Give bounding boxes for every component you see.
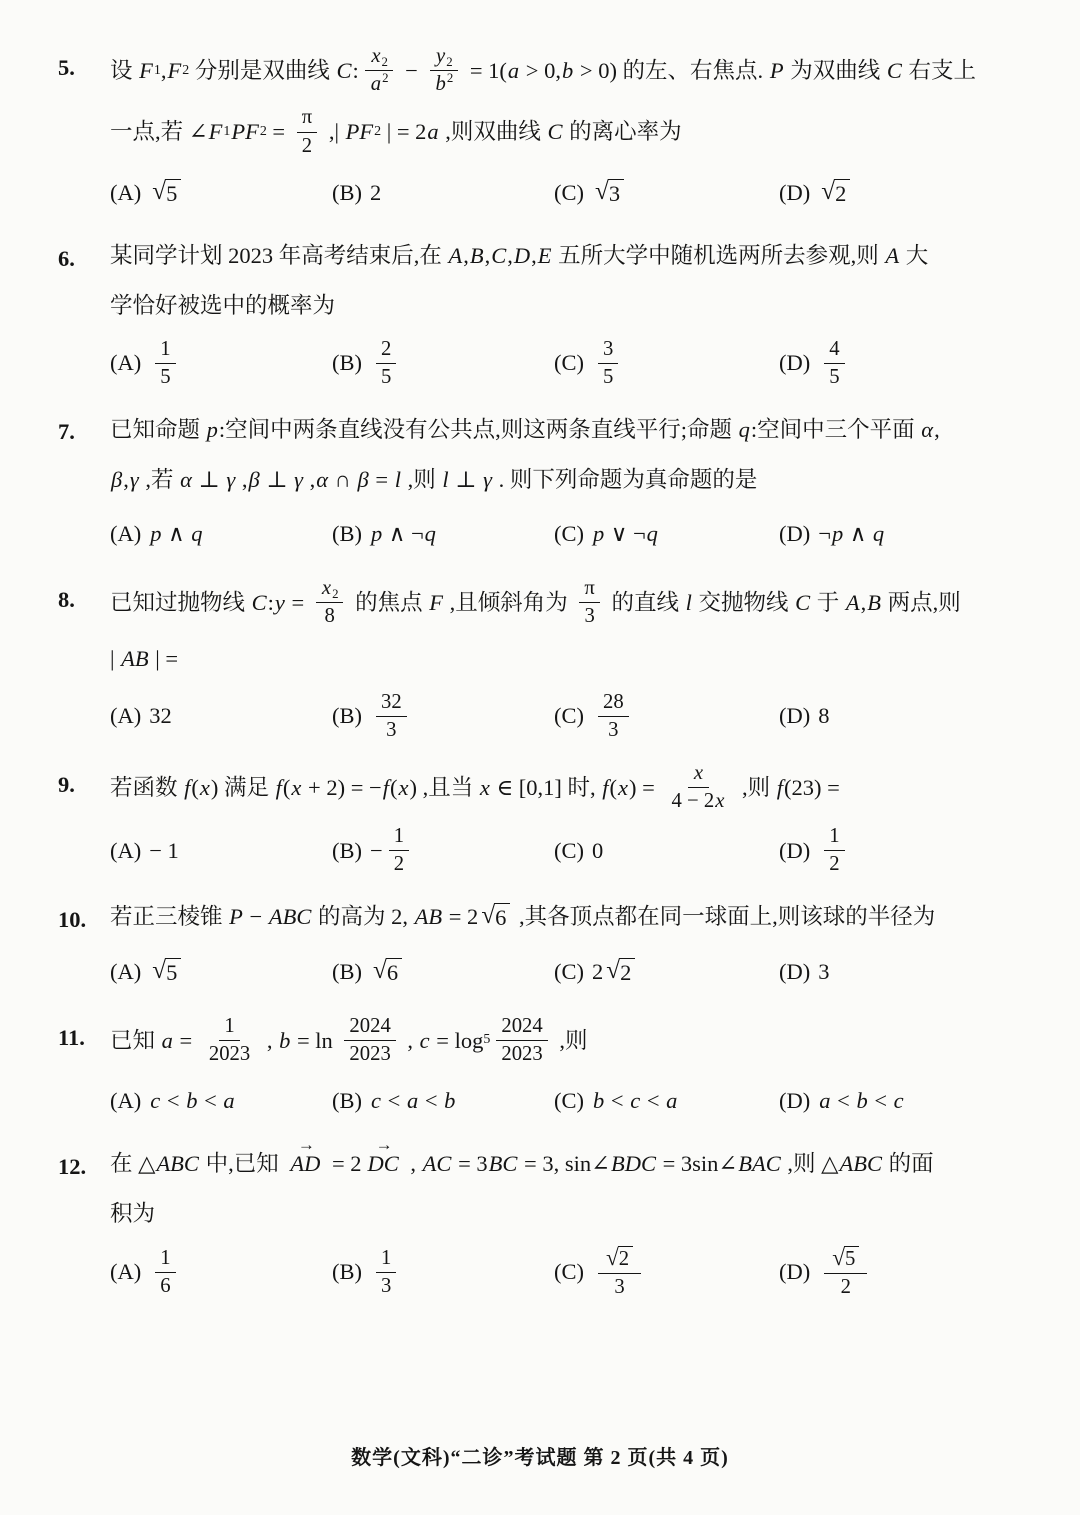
- text-segment: 5: [603, 366, 613, 389]
- math-variable: P: [228, 902, 244, 931]
- math-variable: a: [507, 56, 520, 85]
- option-label: (C): [554, 703, 584, 729]
- fraction: 25: [376, 338, 396, 389]
- radicand: 6: [386, 958, 402, 985]
- text-segment: 1: [381, 1247, 391, 1270]
- option-6B: (B)25: [332, 335, 554, 392]
- math-variable: f: [183, 773, 191, 802]
- text-segment: ,|: [323, 117, 344, 146]
- math-variable: q: [424, 521, 437, 547]
- math-variable: β: [110, 465, 123, 494]
- text-segment: ) 满足: [211, 773, 275, 802]
- math-variable: q: [738, 415, 751, 444]
- fraction-denominator: 2: [297, 133, 317, 158]
- question-line: 积为: [110, 1191, 1040, 1237]
- fraction-denominator: 2: [824, 851, 844, 876]
- math-variable: q: [190, 521, 203, 547]
- fraction-numerator: π: [579, 577, 599, 603]
- text-segment: 2: [592, 959, 603, 985]
- fraction-denominator: 2023: [496, 1041, 547, 1066]
- square-root: √6: [481, 903, 510, 930]
- text-segment: ,则: [554, 1026, 588, 1055]
- fraction: x28: [316, 577, 344, 628]
- radical-sign: √: [606, 958, 620, 984]
- fraction: 12: [389, 825, 409, 876]
- option-12B: (B)13: [332, 1244, 554, 1301]
- math-variable: C: [251, 588, 268, 617]
- question-8: 8.已知过抛物线 C:y = x28 的焦点 F ,且倾斜角为 π3 的直线 l…: [0, 574, 1080, 745]
- math-variable: f: [382, 773, 390, 802]
- option-content: c < a < b: [370, 1088, 456, 1114]
- option-12C: (C)√23: [554, 1243, 779, 1302]
- text-segment: . 则下列命题为真命题的是: [493, 465, 757, 494]
- fraction-denominator: 5: [598, 364, 618, 389]
- fraction-denominator: 5: [376, 364, 396, 389]
- option-6C: (C)35: [554, 335, 779, 392]
- math-variable: B: [469, 241, 485, 270]
- text-segment: = ln: [291, 1026, 338, 1055]
- text-segment: ⊥: [261, 465, 293, 494]
- radical-sign: √: [595, 179, 609, 205]
- math-variable: P: [769, 56, 785, 85]
- option-label: (B): [332, 521, 362, 547]
- fraction-numerator: y2: [430, 45, 458, 71]
- question-12: 12.在 △ABC 中,已知 AD = 2DC , AC = 3BC = 3, …: [0, 1141, 1080, 1302]
- math-variable: x: [370, 45, 381, 68]
- fraction-numerator: 2: [376, 338, 396, 364]
- question-number: 7.: [58, 419, 100, 445]
- fraction-numerator: 4: [824, 338, 844, 364]
- fraction: 283: [598, 691, 629, 742]
- math-variable: F: [166, 56, 182, 85]
- option-row: (A)p ∧ q(B)p ∧ ¬q(C)p ∨ ¬q(D)¬p ∧ q: [110, 508, 1040, 560]
- text-segment: =: [267, 117, 291, 146]
- option-content: b < c < a: [592, 1088, 678, 1114]
- square-root: √3: [595, 179, 624, 206]
- fraction-numerator: 3: [598, 338, 618, 364]
- text-segment: ,且倾斜角为: [444, 588, 573, 617]
- text-segment: 在 △: [110, 1149, 155, 1178]
- text-segment: 于: [811, 588, 845, 617]
- option-content: √5: [149, 179, 184, 206]
- math-variable: p: [206, 415, 219, 444]
- radicand: 2: [618, 1246, 633, 1271]
- fraction-numerator: 1: [155, 1247, 175, 1273]
- question-line: | AB | =: [110, 636, 1040, 682]
- option-label: (D): [779, 703, 810, 729]
- text-segment: 2023: [349, 1043, 390, 1066]
- text-segment: ) ,且当: [410, 773, 479, 802]
- text-segment: 4: [829, 338, 839, 361]
- text-segment: ∈ [0,1] 时,: [491, 773, 601, 802]
- math-variable: B: [866, 588, 882, 617]
- option-label: (B): [332, 180, 362, 206]
- fraction-numerator: x2: [365, 45, 393, 71]
- option-6D: (D)45: [779, 335, 1040, 392]
- fraction-numerator: √5: [824, 1246, 867, 1274]
- question-number: 11.: [58, 1025, 100, 1051]
- question-list: 5.设 F1,F2 分别是双曲线 C:x2a2 − y2b2 = 1(a > 0…: [0, 42, 1080, 1316]
- text-segment: 5: [381, 366, 391, 389]
- math-variable: x: [479, 773, 491, 802]
- math-variable: α: [179, 465, 193, 494]
- option-label: (A): [110, 703, 141, 729]
- fraction: 20242023: [496, 1015, 547, 1066]
- math-variable: γ: [129, 465, 140, 494]
- superscript: 2: [447, 73, 453, 96]
- math-variable: a: [370, 73, 382, 96]
- option-content: √2: [818, 179, 853, 206]
- text-segment: > 0) 的左、右焦点.: [574, 56, 769, 85]
- question-number: 10.: [58, 907, 100, 933]
- math-variable: AB: [414, 902, 444, 931]
- option-10A: (A)√5: [110, 958, 332, 985]
- radical-sign: √: [373, 958, 387, 984]
- fraction: 13: [376, 1247, 396, 1298]
- math-variable: AC: [422, 1149, 453, 1178]
- option-8C: (C)283: [554, 688, 779, 745]
- text-segment: 学恰好被选中的概率为: [110, 291, 335, 320]
- text-segment: 5: [829, 366, 839, 389]
- text-segment: 已知过抛物线: [110, 588, 251, 617]
- option-content: 8: [818, 703, 829, 729]
- option-label: (B): [332, 350, 362, 376]
- text-segment: 两点,则: [882, 588, 961, 617]
- math-variable: A: [845, 588, 861, 617]
- text-segment: :空间中两条直线没有公共点,则这两条直线平行;命题: [219, 415, 738, 444]
- option-content: 3: [818, 959, 829, 985]
- fraction-denominator: 2: [389, 851, 409, 876]
- square-root: √5: [152, 958, 181, 985]
- question-7: 7.已知命题 p:空间中两条直线没有公共点,则这两条直线平行;命题 q:空间中三…: [0, 406, 1080, 560]
- text-segment: 大: [900, 241, 928, 270]
- math-variable: f: [601, 773, 609, 802]
- fraction-denominator: 5: [155, 364, 175, 389]
- fraction: 15: [155, 338, 175, 389]
- text-segment: <: [605, 1088, 629, 1114]
- question-line: 设 F1,F2 分别是双曲线 C:x2a2 − y2b2 = 1(a > 0,b…: [110, 42, 1040, 99]
- option-11D: (D)a < b < c: [779, 1088, 1040, 1114]
- text-segment: 6: [160, 1275, 170, 1298]
- fraction: √23: [598, 1246, 641, 1299]
- radicand: 3: [608, 179, 624, 206]
- math-variable: x: [714, 790, 725, 813]
- text-segment: ,: [236, 465, 247, 494]
- math-variable: A: [448, 241, 464, 270]
- math-variable: C: [794, 588, 811, 617]
- option-8B: (B)323: [332, 688, 554, 745]
- option-row: (A)− 1(B)−12(C)0(D)12: [110, 822, 1040, 879]
- text-segment: | = 2: [381, 117, 426, 146]
- text-segment: 2024: [349, 1015, 390, 1038]
- text-segment: 2: [302, 135, 312, 158]
- text-segment: 2: [841, 1276, 851, 1299]
- text-segment: + 2) = −: [302, 773, 381, 802]
- fraction-denominator: 3: [579, 603, 599, 628]
- fraction: 12023: [204, 1015, 255, 1066]
- fraction-denominator: 3: [603, 717, 623, 742]
- question-number: 12.: [58, 1154, 100, 1180]
- fraction: √52: [824, 1246, 867, 1299]
- option-6A: (A)15: [110, 335, 332, 392]
- option-content: 45: [818, 335, 850, 392]
- text-segment: 5: [160, 366, 170, 389]
- math-variable: x: [199, 773, 211, 802]
- fraction-denominator: a2: [365, 71, 394, 96]
- math-variable: x: [693, 762, 704, 785]
- option-label: (B): [332, 703, 362, 729]
- fraction-denominator: 2023: [344, 1041, 395, 1066]
- math-variable: PF: [230, 117, 260, 146]
- text-segment: 2: [370, 180, 381, 206]
- option-content: 12: [818, 822, 850, 879]
- text-segment: 一点,若 ∠: [110, 117, 208, 146]
- text-segment: ,: [261, 1026, 278, 1055]
- option-label: (A): [110, 959, 141, 985]
- text-segment: 8: [325, 605, 335, 628]
- option-5C: (C)√3: [554, 179, 779, 206]
- question-line: 若正三棱锥 P − ABC 的高为 2, AB = 2√6 ,其各顶点都在同一球…: [110, 894, 1040, 940]
- option-content: 13: [370, 1244, 402, 1301]
- option-content: 15: [149, 335, 181, 392]
- math-variable: D: [513, 241, 531, 270]
- math-variable: PF: [345, 117, 375, 146]
- math-variable: p: [592, 521, 605, 547]
- option-7B: (B)p ∧ ¬q: [332, 521, 554, 547]
- radicand: 2: [619, 958, 635, 985]
- math-variable: ABC: [838, 1149, 883, 1178]
- text-segment: <: [161, 1088, 185, 1114]
- math-variable: y: [274, 588, 286, 617]
- text-segment: 28: [603, 691, 624, 714]
- question-10: 10.若正三棱锥 P − ABC 的高为 2, AB = 2√6 ,其各顶点都在…: [0, 894, 1080, 998]
- text-segment: (: [390, 773, 398, 802]
- text-segment: 1: [394, 825, 404, 848]
- math-variable: b: [434, 73, 446, 96]
- superscript: 2: [446, 57, 452, 69]
- subscript: 2: [182, 64, 189, 78]
- text-segment: 2: [381, 338, 391, 361]
- text-segment: 的高为 2,: [312, 902, 413, 931]
- text-segment: 某同学计划 2023 年高考结束后,在: [110, 241, 448, 270]
- text-segment: 3: [381, 1275, 391, 1298]
- fraction-denominator: 8: [320, 603, 340, 628]
- math-variable: c: [893, 1088, 905, 1114]
- option-row: (A)15(B)25(C)35(D)45: [110, 335, 1040, 392]
- text-segment: 32: [381, 691, 402, 714]
- fraction-numerator: 28: [598, 691, 629, 717]
- text-segment: = 3sin∠: [657, 1149, 737, 1178]
- option-content: √6: [370, 958, 405, 985]
- fraction: 323: [376, 691, 407, 742]
- square-root: √2: [606, 1246, 633, 1271]
- math-variable: C: [335, 56, 352, 85]
- option-row: (A)16(B)13(C)√23(D)√52: [110, 1243, 1040, 1302]
- option-8A: (A)32: [110, 703, 332, 729]
- text-segment: 已知命题: [110, 415, 206, 444]
- math-variable: y: [435, 45, 446, 68]
- option-9A: (A)− 1: [110, 838, 332, 864]
- fraction-numerator: 1: [219, 1015, 239, 1041]
- math-variable: l: [441, 465, 449, 494]
- question-line: 一点,若 ∠F1PF2 = π2 ,| PF2 | = 2a ,则双曲线 C 的…: [110, 103, 1040, 160]
- math-variable: BC: [488, 1149, 519, 1178]
- option-label: (A): [110, 838, 141, 864]
- text-segment: 8: [818, 703, 829, 729]
- math-variable: a: [222, 1088, 235, 1114]
- option-content: √5: [149, 958, 184, 985]
- text-segment: = 3, sin∠: [518, 1149, 610, 1178]
- square-root: √6: [373, 958, 402, 985]
- math-variable: p: [831, 521, 844, 547]
- math-variable: f: [275, 773, 283, 802]
- option-7D: (D)¬p ∧ q: [779, 521, 1040, 547]
- option-label: (C): [554, 521, 584, 547]
- math-variable: A: [884, 241, 900, 270]
- text-segment: 4 − 2: [671, 790, 714, 813]
- option-content: 2: [370, 180, 381, 206]
- text-segment: =: [174, 1026, 198, 1055]
- math-variable: a: [426, 117, 439, 146]
- math-variable: BAC: [737, 1149, 782, 1178]
- text-segment: ,若: [140, 465, 179, 494]
- fraction: y2b2: [429, 45, 458, 96]
- radicand: 5: [165, 179, 181, 206]
- fraction: 45: [824, 338, 844, 389]
- text-segment: 3: [386, 719, 396, 742]
- math-variable: C: [886, 56, 903, 85]
- question-number: 8.: [58, 587, 100, 613]
- option-label: (D): [779, 521, 810, 547]
- text-segment: 五所大学中随机选两所去参观,则: [553, 241, 885, 270]
- text-segment: 若函数: [110, 773, 183, 802]
- question-number: 5.: [58, 55, 100, 81]
- question-line: 若函数 f(x) 满足 f(x + 2) = −f(x) ,且当 x ∈ [0,…: [110, 759, 1040, 816]
- vector: DC: [366, 1149, 401, 1178]
- option-content: p ∨ ¬q: [592, 521, 659, 547]
- text-segment: ⊥: [193, 465, 225, 494]
- option-content: 323: [370, 688, 413, 745]
- text-segment: −: [244, 902, 268, 931]
- text-segment: ¬: [818, 521, 831, 547]
- fraction-numerator: 1: [155, 338, 175, 364]
- option-label: (A): [110, 521, 141, 547]
- text-segment: π: [584, 577, 594, 600]
- math-variable: ABC: [268, 902, 313, 931]
- text-segment: <: [831, 1088, 855, 1114]
- option-label: (C): [554, 180, 584, 206]
- text-segment: 分别是双曲线: [189, 56, 335, 85]
- fraction-numerator: π: [297, 106, 317, 132]
- option-content: √52: [818, 1243, 873, 1302]
- option-label: (D): [779, 959, 810, 985]
- question-11: 11.已知 a = 12023 , b = ln 20242023 , c = …: [0, 1012, 1080, 1127]
- text-segment: (: [283, 773, 291, 802]
- fraction: 20242023: [344, 1015, 395, 1066]
- fraction: 16: [155, 1247, 175, 1298]
- radical-sign: √: [152, 958, 166, 984]
- math-variable: l: [685, 588, 693, 617]
- option-10C: (C)2√2: [554, 958, 779, 985]
- subscript: 2: [260, 125, 267, 139]
- fraction-numerator: x: [688, 762, 709, 788]
- math-variable: c: [370, 1088, 382, 1114]
- math-variable: AB: [120, 644, 150, 673]
- option-label: (A): [110, 180, 141, 206]
- math-variable: b: [592, 1088, 605, 1114]
- text-segment: 设: [110, 56, 138, 85]
- text-segment: 3: [603, 338, 613, 361]
- text-segment: =: [370, 465, 394, 494]
- option-label: (C): [554, 1259, 584, 1285]
- math-variable: c: [629, 1088, 641, 1114]
- text-segment: (: [191, 773, 199, 802]
- text-segment: 3: [614, 1276, 624, 1299]
- text-segment: 的离心率为: [564, 117, 682, 146]
- math-variable: C: [490, 241, 507, 270]
- math-variable: x: [398, 773, 410, 802]
- option-label: (D): [779, 1088, 810, 1114]
- text-segment: = 2: [443, 902, 478, 931]
- text-segment: <: [641, 1088, 665, 1114]
- option-content: 0: [592, 838, 603, 864]
- option-11C: (C)b < c < a: [554, 1088, 779, 1114]
- question-9: 9.若函数 f(x) 满足 f(x + 2) = −f(x) ,且当 x ∈ […: [0, 759, 1080, 880]
- radicand: 5: [165, 958, 181, 985]
- text-segment: = 2: [326, 1149, 361, 1178]
- fraction-denominator: 3: [376, 1273, 396, 1298]
- option-9B: (B)−12: [332, 822, 554, 879]
- math-variable: x: [321, 577, 332, 600]
- math-variable: β: [357, 465, 370, 494]
- math-variable: p: [149, 521, 162, 547]
- square-root: √2: [606, 958, 635, 985]
- text-segment: 1: [224, 1015, 234, 1038]
- option-7A: (A)p ∧ q: [110, 521, 332, 547]
- math-variable: γ: [482, 465, 493, 494]
- text-segment: =: [286, 588, 310, 617]
- option-content: p ∧ ¬q: [370, 521, 437, 547]
- option-10B: (B)√6: [332, 958, 554, 985]
- math-variable: α: [920, 415, 934, 444]
- square-root: √5: [832, 1246, 859, 1271]
- text-segment: 积为: [110, 1199, 155, 1228]
- subscript: 1: [223, 125, 230, 139]
- subscript: 5: [483, 1033, 490, 1047]
- text-segment: ⊥: [450, 465, 482, 494]
- math-variable: x: [617, 773, 629, 802]
- text-segment: ,则: [402, 465, 441, 494]
- text-segment: | =: [150, 644, 178, 673]
- text-segment: ,: [304, 465, 315, 494]
- fraction-denominator: 2: [836, 1274, 856, 1299]
- option-content: 16: [149, 1244, 181, 1301]
- text-segment: 的面: [883, 1149, 934, 1178]
- option-content: 25: [370, 335, 402, 392]
- math-variable: q: [646, 521, 659, 547]
- option-label: (D): [779, 350, 810, 376]
- text-segment: 1: [829, 825, 839, 848]
- radicand: 2: [834, 179, 850, 206]
- subscript: 1: [154, 64, 161, 78]
- math-variable: q: [872, 521, 885, 547]
- question-line: β,γ ,若 α ⊥ γ ,β ⊥ γ ,α ∩ β = l ,则 l ⊥ γ …: [110, 456, 1040, 502]
- option-5B: (B)2: [332, 180, 554, 206]
- text-segment: 3: [818, 959, 829, 985]
- text-segment: ∨ ¬: [605, 521, 645, 547]
- text-segment: 1: [160, 1247, 170, 1270]
- text-segment: 3: [608, 719, 618, 742]
